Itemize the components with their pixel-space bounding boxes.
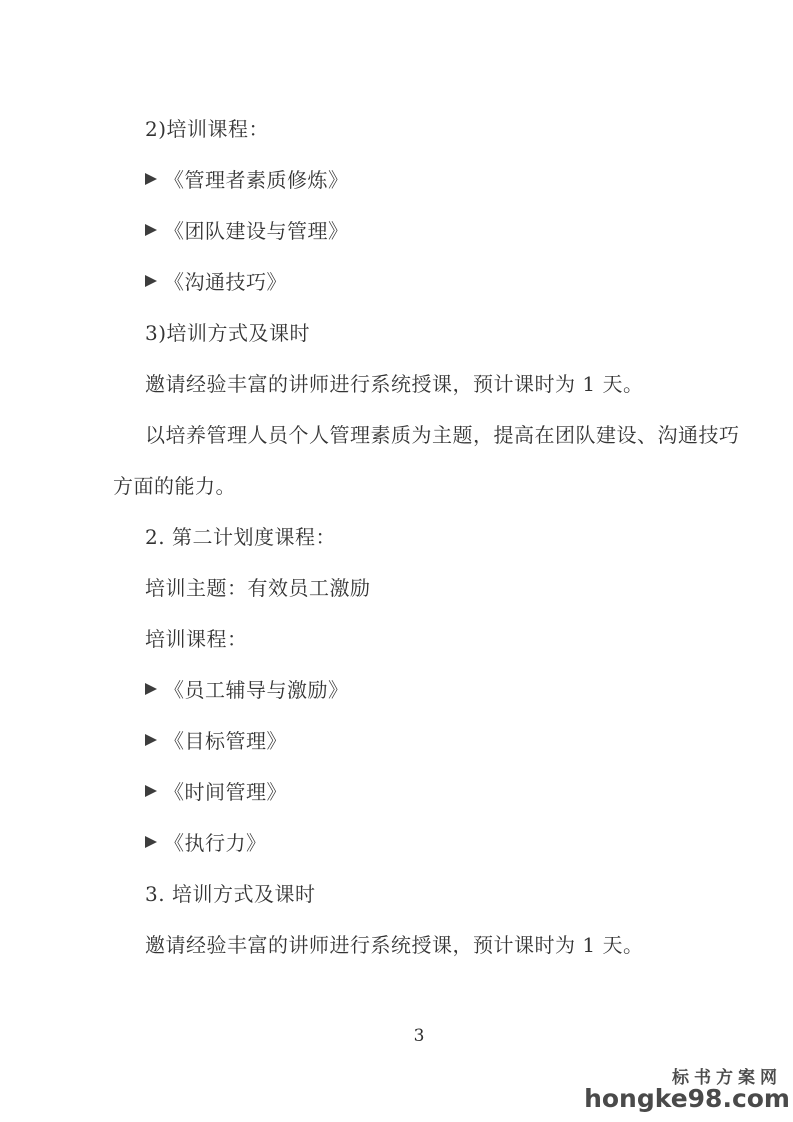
page-number: 3: [113, 1026, 725, 1046]
line-text: 培训课程：: [145, 627, 248, 651]
line-text: 3. 培训方式及课时: [145, 882, 315, 906]
doc-line: 《管理者素质修炼》: [113, 155, 719, 206]
bullet-arrow-icon: [145, 224, 157, 236]
doc-line: 邀请经验丰富的讲师进行系统授课，预计课时为 1 天。: [113, 359, 719, 410]
document-body: 2)培训课程： 《管理者素质修炼》 《团队建设与管理》 《沟通技巧》 3)培训方…: [113, 104, 719, 971]
line-text: 《沟通技巧》: [164, 270, 287, 294]
bullet-arrow-icon: [145, 785, 157, 797]
line-text: 《执行力》: [164, 831, 267, 855]
doc-line: 培训课程：: [113, 614, 719, 665]
doc-line: 2)培训课程：: [113, 104, 719, 155]
line-text: 培训主题：有效员工激励: [145, 576, 371, 600]
line-text: 《管理者素质修炼》: [164, 168, 349, 192]
doc-line: 《目标管理》: [113, 716, 719, 767]
doc-line: 邀请经验丰富的讲师进行系统授课，预计课时为 1 天。: [113, 920, 719, 971]
document-page: 2)培训课程： 《管理者素质修炼》 《团队建设与管理》 《沟通技巧》 3)培训方…: [0, 0, 793, 1122]
bullet-arrow-icon: [145, 734, 157, 746]
line-text: 邀请经验丰富的讲师进行系统授课，预计课时为 1 天。: [145, 372, 643, 396]
line-text: 邀请经验丰富的讲师进行系统授课，预计课时为 1 天。: [145, 933, 643, 957]
line-text: 《目标管理》: [164, 729, 287, 753]
line-text: 《员工辅导与激励》: [164, 678, 349, 702]
doc-line: 以培养管理人员个人管理素质为主题，提高在团队建设、沟通技巧: [113, 410, 719, 461]
doc-line: 2. 第二计划度课程：: [113, 512, 719, 563]
watermark-site-url: hongke98.com: [584, 1088, 790, 1110]
doc-line: 《执行力》: [113, 818, 719, 869]
doc-line: 《员工辅导与激励》: [113, 665, 719, 716]
bullet-arrow-icon: [145, 683, 157, 695]
line-text: 《时间管理》: [164, 780, 287, 804]
bullet-arrow-icon: [145, 275, 157, 287]
site-watermark: 标书方案网 hongke98.com: [584, 1069, 790, 1110]
line-text: 《团队建设与管理》: [164, 219, 349, 243]
doc-line: 3. 培训方式及课时: [113, 869, 719, 920]
doc-line: 培训主题：有效员工激励: [113, 563, 719, 614]
doc-line: 《沟通技巧》: [113, 257, 719, 308]
line-text: 方面的能力。: [113, 474, 236, 498]
doc-line: 方面的能力。: [113, 461, 719, 512]
doc-line: 《团队建设与管理》: [113, 206, 719, 257]
line-text: 2. 第二计划度课程：: [145, 525, 336, 549]
doc-line: 《时间管理》: [113, 767, 719, 818]
bullet-arrow-icon: [145, 173, 157, 185]
line-text: 以培养管理人员个人管理素质为主题，提高在团队建设、沟通技巧: [145, 423, 740, 447]
doc-line: 3)培训方式及课时: [113, 308, 719, 359]
line-text: 2)培训课程：: [145, 117, 269, 141]
bullet-arrow-icon: [145, 836, 157, 848]
line-text: 3)培训方式及课时: [145, 321, 310, 345]
